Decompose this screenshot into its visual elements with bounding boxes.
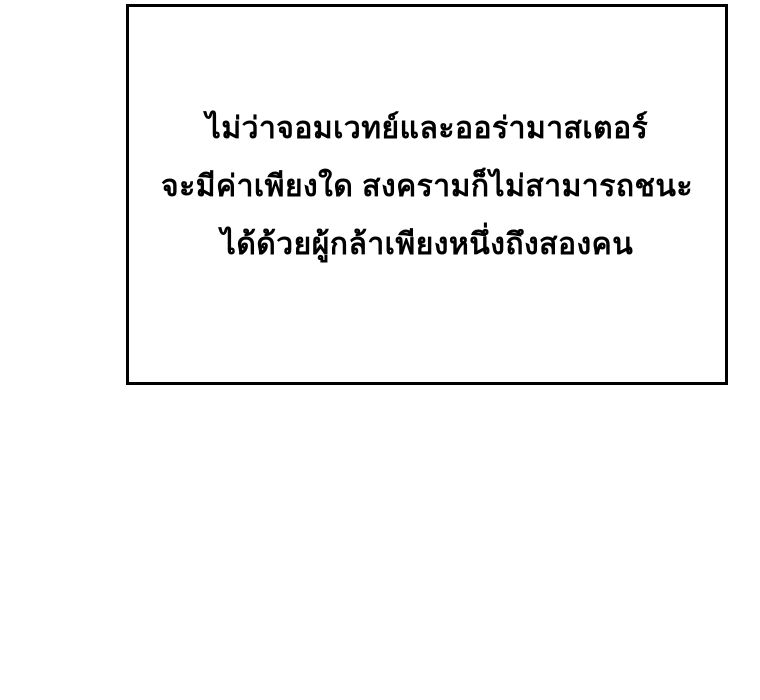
narration-text: ไม่ว่าจอมเวทย์และออร่ามาสเตอร์ จะมีค่าเพ… — [129, 100, 725, 274]
narration-line-3: ได้ด้วยผู้กล้าเพียงหนึ่งถึงสองคน — [129, 216, 725, 274]
narration-line-2: จะมีค่าเพียงใด สงครามก็ไม่สามารถชนะ — [129, 158, 725, 216]
narration-caption-box: ไม่ว่าจอมเวทย์และออร่ามาสเตอร์ จะมีค่าเพ… — [126, 4, 728, 385]
narration-line-1: ไม่ว่าจอมเวทย์และออร่ามาสเตอร์ — [129, 100, 725, 158]
